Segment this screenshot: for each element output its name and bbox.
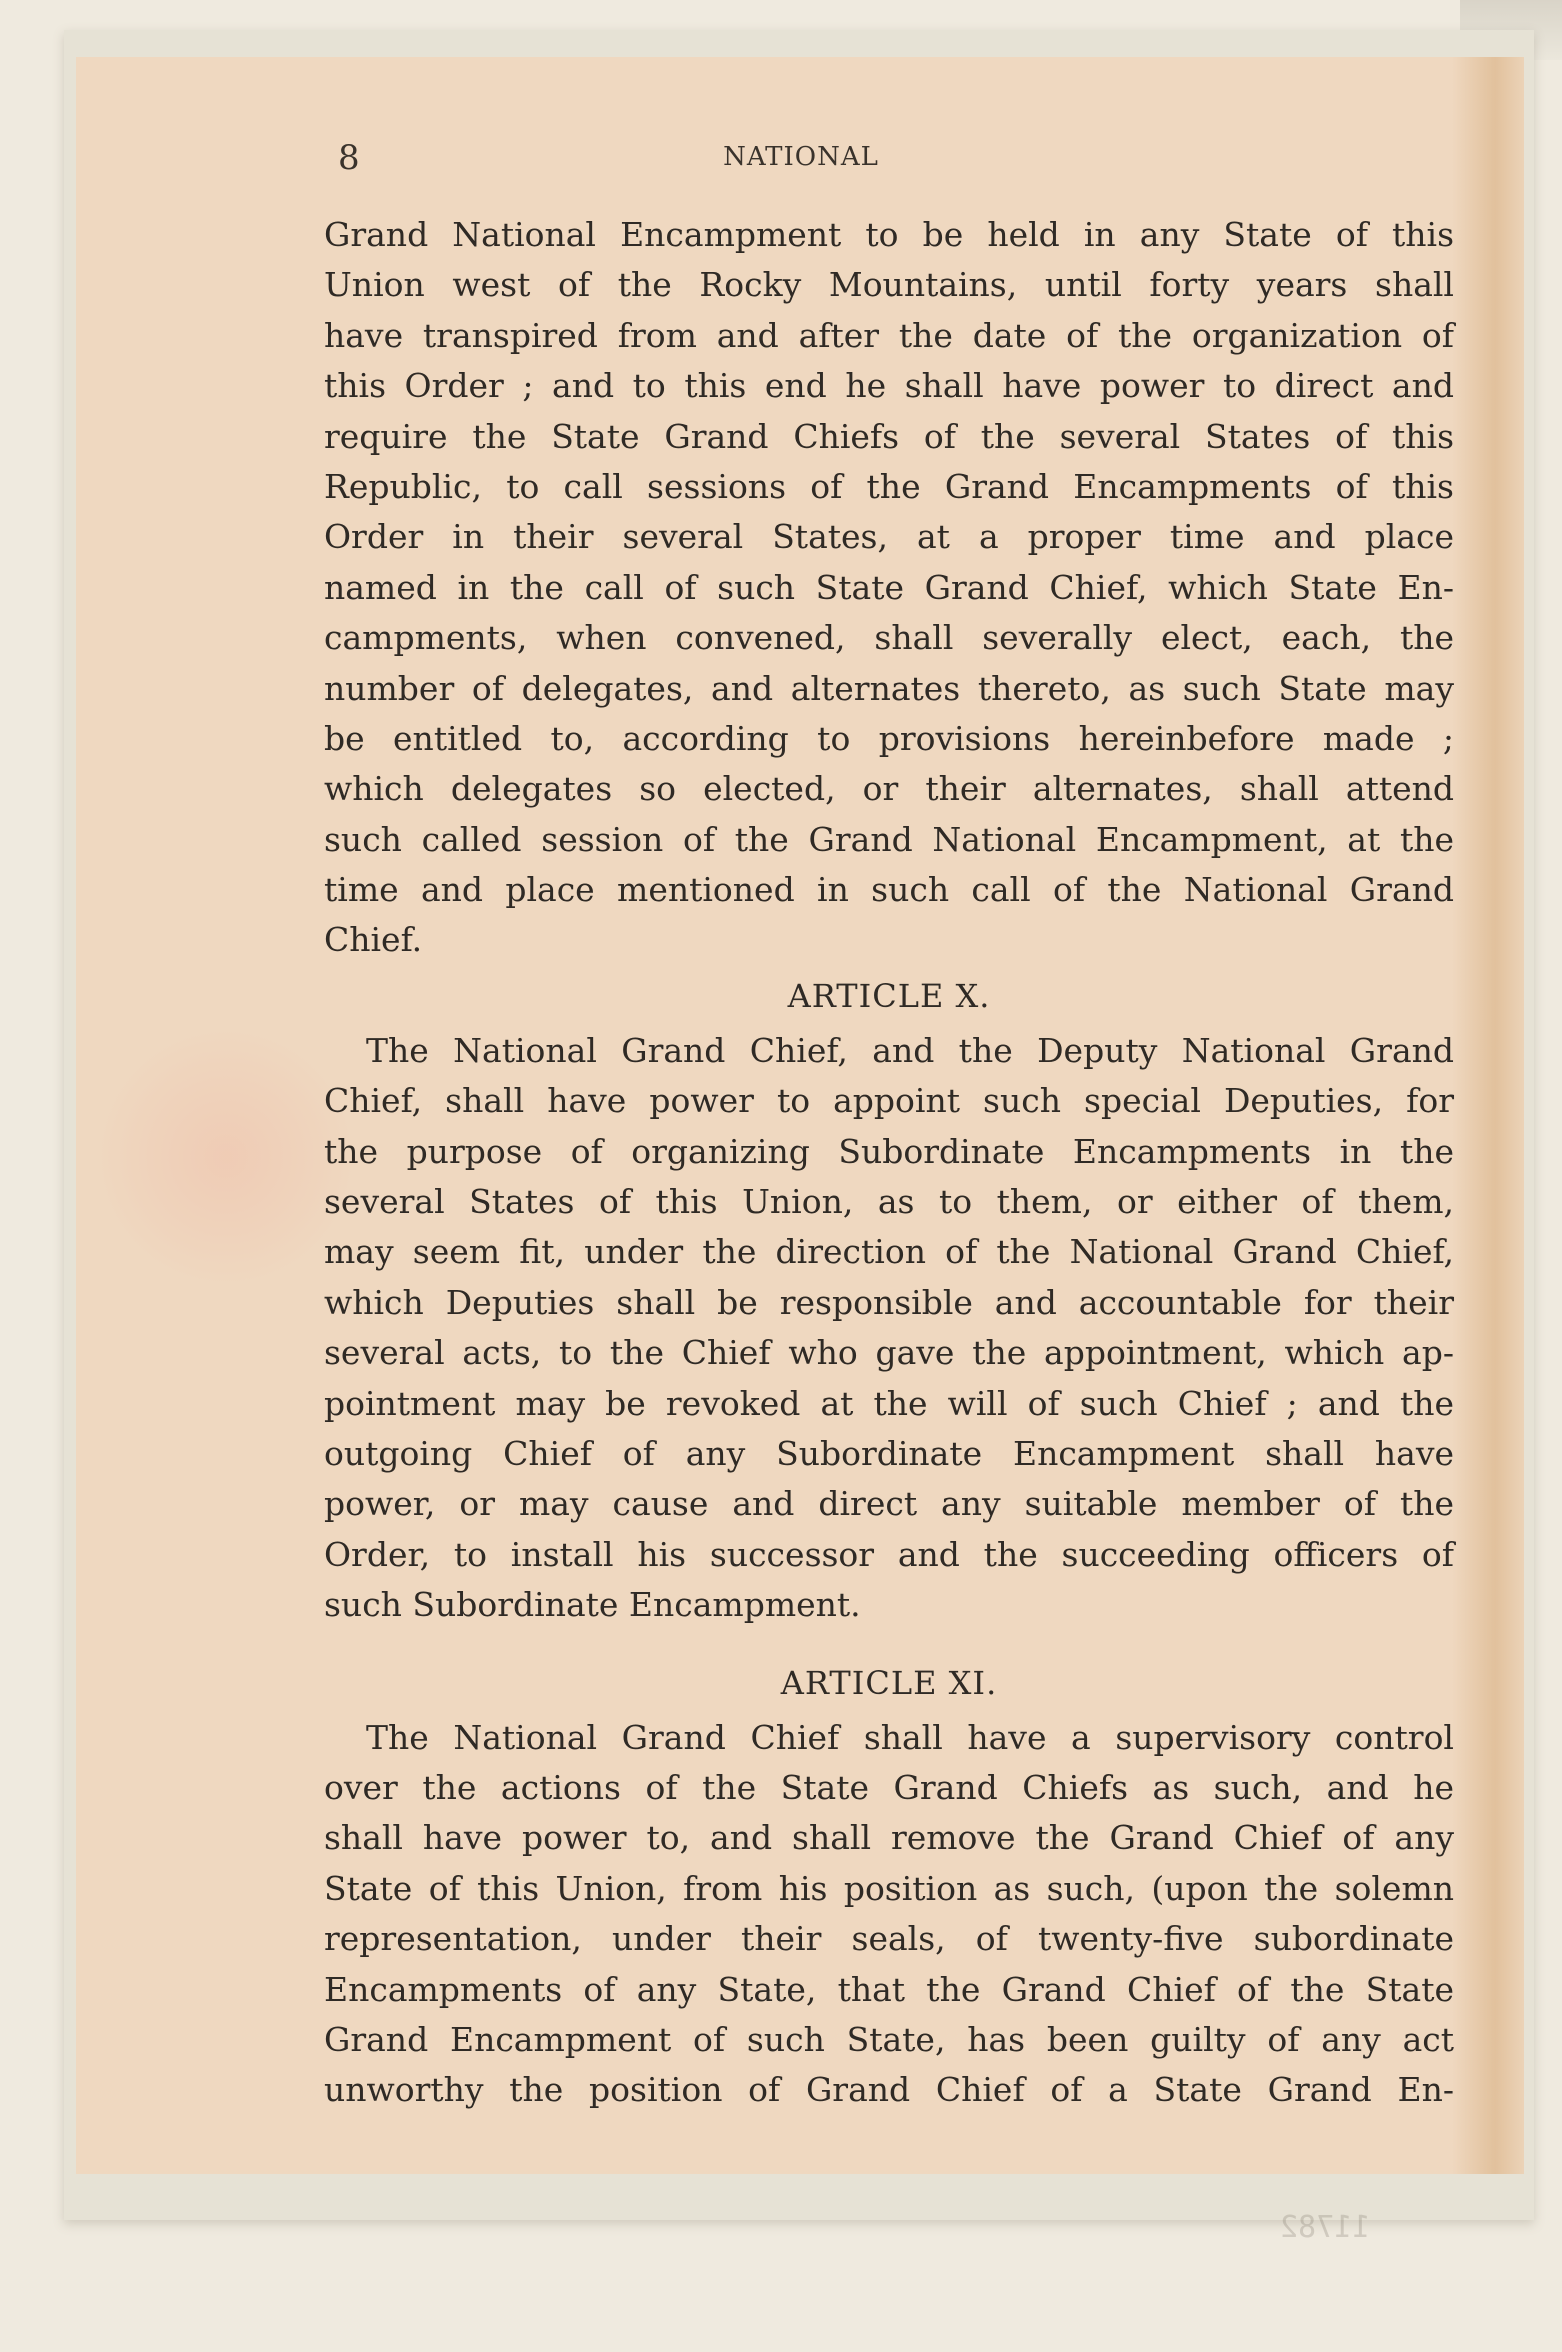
- article-heading: ARTICLE X.: [324, 966, 1454, 1026]
- text-line: over the actions of the State Grand Chie…: [324, 1763, 1454, 1813]
- body-text: Grand National Encampment to be held in …: [324, 210, 1454, 2116]
- text-line: which Deputies shall be responsible and …: [324, 1278, 1454, 1328]
- text-line: Order, to install his successor and the …: [324, 1530, 1454, 1580]
- text-line: Grand Encampment of such State, has been…: [324, 2015, 1454, 2065]
- article-heading: ARTICLE XI.: [324, 1653, 1454, 1713]
- text-line: Republic, to call sessions of the Grand …: [324, 462, 1454, 512]
- text-line: Encampments of any State, that the Grand…: [324, 1965, 1454, 2015]
- text-line: power, or may cause and direct any suita…: [324, 1479, 1454, 1529]
- text-line: the purpose of organizing Subordinate En…: [324, 1127, 1454, 1177]
- text-line: Chief, shall have power to appoint such …: [324, 1076, 1454, 1126]
- bleed-through-mark: 11782: [1280, 2210, 1370, 2245]
- text-line: Union west of the Rocky Mountains, until…: [324, 260, 1454, 310]
- text-line: Chief.: [324, 915, 1454, 965]
- text-line: The National Grand Chief, and the Deputy…: [324, 1026, 1454, 1076]
- text-line: may seem fit, under the direction of the…: [324, 1227, 1454, 1277]
- text-line: such Subordinate Encampment.: [324, 1580, 1454, 1630]
- text-line: campments, when convened, shall severall…: [324, 613, 1454, 663]
- text-line: have transpired from and after the date …: [324, 311, 1454, 361]
- text-line: shall have power to, and shall remove th…: [324, 1813, 1454, 1863]
- text-line: several acts, to the Chief who gave the …: [324, 1328, 1454, 1378]
- text-line: Order in their several States, at a prop…: [324, 512, 1454, 562]
- text-line: number of delegates, and alternates ther…: [324, 664, 1454, 714]
- running-head: NATIONAL: [0, 142, 1562, 172]
- text-line: Grand National Encampment to be held in …: [324, 210, 1454, 260]
- text-line: named in the call of such State Grand Ch…: [324, 563, 1454, 613]
- text-line: representation, under their seals, of tw…: [324, 1914, 1454, 1964]
- text-line: State of this Union, from his position a…: [324, 1864, 1454, 1914]
- text-line: The National Grand Chief shall have a su…: [324, 1713, 1454, 1763]
- article-x: ARTICLE X. The National Grand Chief, and…: [324, 966, 1454, 1631]
- continuation-paragraph: Grand National Encampment to be held in …: [324, 210, 1454, 966]
- text-line: outgoing Chief of any Subordinate Encamp…: [324, 1429, 1454, 1479]
- text-line: unworthy the position of Grand Chief of …: [324, 2065, 1454, 2115]
- article-xi: ARTICLE XI. The National Grand Chief sha…: [324, 1653, 1454, 2116]
- text-line: pointment may be revoked at the will of …: [324, 1379, 1454, 1429]
- text-line: which delegates so elected, or their alt…: [324, 764, 1454, 814]
- text-line: time and place mentioned in such call of…: [324, 865, 1454, 915]
- text-line: require the State Grand Chiefs of the se…: [324, 412, 1454, 462]
- text-line: this Order ; and to this end he shall ha…: [324, 361, 1454, 411]
- text-line: several States of this Union, as to them…: [324, 1177, 1454, 1227]
- text-line: such called session of the Grand Nationa…: [324, 815, 1454, 865]
- text-line: be entitled to, according to provisions …: [324, 714, 1454, 764]
